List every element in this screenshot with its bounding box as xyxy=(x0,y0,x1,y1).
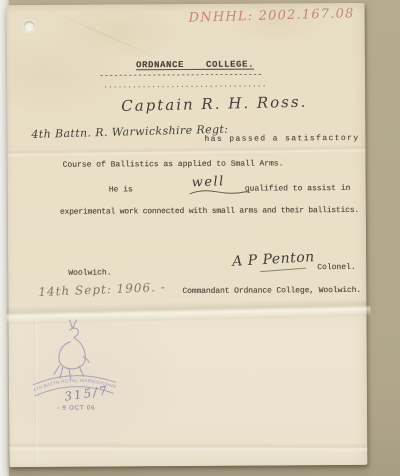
signature: A P Penton xyxy=(232,249,315,270)
regimental-stamp: 4TH BATTN ROYAL WARWICKSHIRE REGT 315/7 … xyxy=(20,312,141,413)
line-experimental: experimental work connected with small a… xyxy=(60,206,359,218)
heading-dotted-rule: .................................. xyxy=(103,81,266,92)
rank-label: Colonel. xyxy=(317,263,355,273)
paper-crease-diagonal xyxy=(42,6,171,64)
recipient-name: Captain R. H. Ross. xyxy=(121,93,308,115)
svg-text:4TH BATTN ROYAL WARWICKSHIRE R: 4TH BATTN ROYAL WARWICKSHIRE REGT xyxy=(20,312,117,393)
signature-flourish xyxy=(260,268,306,272)
certificate-paper: DNHHL: 2002.167.08 ORDNANCE COLLEGE. ---… xyxy=(7,3,368,467)
paper-crease-lower xyxy=(9,442,367,453)
stamp-arc-text: 4TH BATTN ROYAL WARWICKSHIRE REGT xyxy=(20,312,117,393)
accession-number: DNHHL: 2002.167.08 xyxy=(188,6,354,25)
commandant-line: Commandant Ordnance College, Woolwich. xyxy=(182,286,361,297)
place-label: Woolwich. xyxy=(68,268,111,278)
paper-crease-upper xyxy=(7,145,365,158)
line-qualified: qualified to assist in xyxy=(245,184,351,195)
date-handwritten: 14th Sept: 1906. - xyxy=(38,280,166,299)
line-course: Course of Ballistics as applied to Small… xyxy=(63,159,284,170)
punch-hole xyxy=(24,21,35,32)
antelope-icon xyxy=(54,320,89,380)
college-heading: ORDNANCE COLLEGE. xyxy=(136,60,254,71)
recipient-unit: 4th Battn. R. Warwickshire Regt: xyxy=(31,123,228,141)
line-he-is: He is xyxy=(109,185,133,195)
line-passed: has passed a satisfactory xyxy=(204,134,359,145)
date-stamp: - 9 OCT 06 xyxy=(57,405,95,412)
